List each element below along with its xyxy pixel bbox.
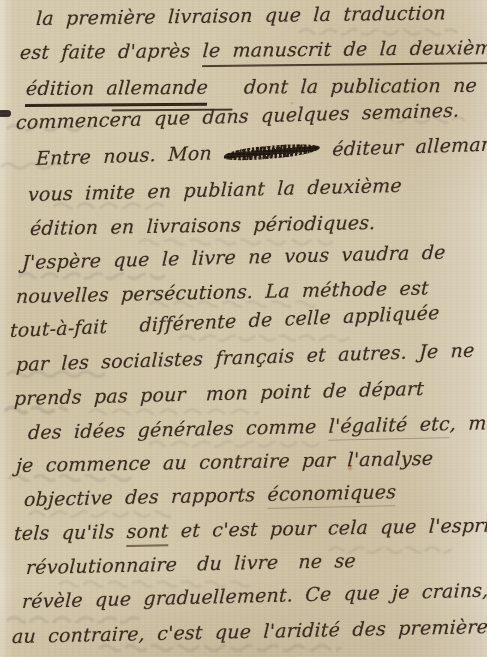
manuscript-line: tout-à-fait différente de celle appliqué… xyxy=(10,304,440,341)
handwriting-segment: mon point de départ xyxy=(205,378,424,405)
handwriting-segment: , mais xyxy=(449,412,487,435)
handwriting-segment: dont la publication ne xyxy=(243,75,477,99)
handwriting-segment: nouvelles persécutions. La méthode est xyxy=(15,277,429,308)
handwriting-segment: je commence au contraire par l'analyse xyxy=(15,448,433,477)
handwriting-segment: vous imite en publiant la deuxième xyxy=(28,175,403,206)
handwriting-segment: J'espère que le livre ne vous vaudra de xyxy=(22,242,447,274)
manuscript-line: édition allemandedont la publication ne xyxy=(25,77,477,99)
manuscript-line: par les socialistes français et autres. … xyxy=(16,342,475,375)
handwriting-segment: au contraire, c'est que l'aridité des pr… xyxy=(11,616,487,648)
manuscript-line: prends pas pourmon point de départ xyxy=(14,380,425,409)
manuscript-line: je commence au contraire par l'analyse xyxy=(16,450,434,476)
handwriting-segment: ne se xyxy=(298,550,357,573)
manuscript-line: la première livraison que la traduction xyxy=(35,4,446,29)
handwriting-segment: objective des rapports xyxy=(23,484,268,511)
handwriting-segment: tout-à-fait xyxy=(10,315,120,342)
handwriting-segment: Entre nous. Mon xyxy=(36,142,225,170)
handwriting-segment: prends pas pour xyxy=(14,384,187,410)
handwriting-segment: du livre xyxy=(197,552,279,576)
handwriting-segment: sont xyxy=(126,520,169,547)
manuscript-line: tels qu'ils sont et c'est pour cela que … xyxy=(14,517,487,544)
handwriting-segment: tels qu'ils xyxy=(13,521,127,545)
handwriting-segment: des idées générales comme xyxy=(27,416,329,444)
manuscript-line: des idées générales comme l'égalité etc,… xyxy=(28,414,487,443)
manuscript-line: Entre nous. Mon éditeur allemand xyxy=(36,135,487,169)
handwriting-segment: édition allemande xyxy=(25,77,209,107)
manuscript-line: révèle que graduellement. Ce que je crai… xyxy=(22,582,487,612)
manuscript-line: édition en livraisons périodiques. xyxy=(30,214,376,239)
handwriting-segment: édition en livraisons périodiques. xyxy=(29,212,376,240)
manuscript-line: J'espère que le livre ne vous vaudra de xyxy=(22,244,446,273)
handwriting-segment: différente de celle appliquée xyxy=(139,302,440,337)
handwriting-segment: et c'est pour cela que l'esprit xyxy=(168,515,487,543)
handwriting-segment: révolutionnaire xyxy=(25,554,177,579)
manuscript-line: est faite d'après le manuscrit de la deu… xyxy=(19,39,487,63)
handwriting-segment: par les socialistes français et autres. … xyxy=(16,340,475,376)
manuscript-line: objective des rapports économiques xyxy=(24,483,397,510)
handwriting-segment: économiques xyxy=(267,481,397,509)
handwritten-text: la première livraison que la traductione… xyxy=(0,0,487,657)
handwriting-segment: l'égalité etc xyxy=(328,413,450,441)
handwriting-segment: éditeur allemand xyxy=(320,133,487,161)
handwriting-segment: le manuscrit de la deuxième xyxy=(202,37,487,67)
manuscript-line: au contraire, c'est que l'aridité des pr… xyxy=(12,618,487,647)
manuscript-page: la première livraison que la traductione… xyxy=(0,0,487,657)
handwriting-segment: est faite d'après xyxy=(19,40,203,64)
manuscript-line: vous imite en publiant la deuxième xyxy=(28,177,403,205)
manuscript-line: révolutionnairedu livrene se xyxy=(26,552,357,578)
handwriting-segment: révèle que graduellement. Ce que je crai… xyxy=(22,580,487,613)
crossed-out-word xyxy=(224,142,320,163)
handwriting-segment: la première livraison que la traduction xyxy=(35,2,446,30)
manuscript-line: nouvelles persécutions. La méthode est xyxy=(16,279,430,307)
